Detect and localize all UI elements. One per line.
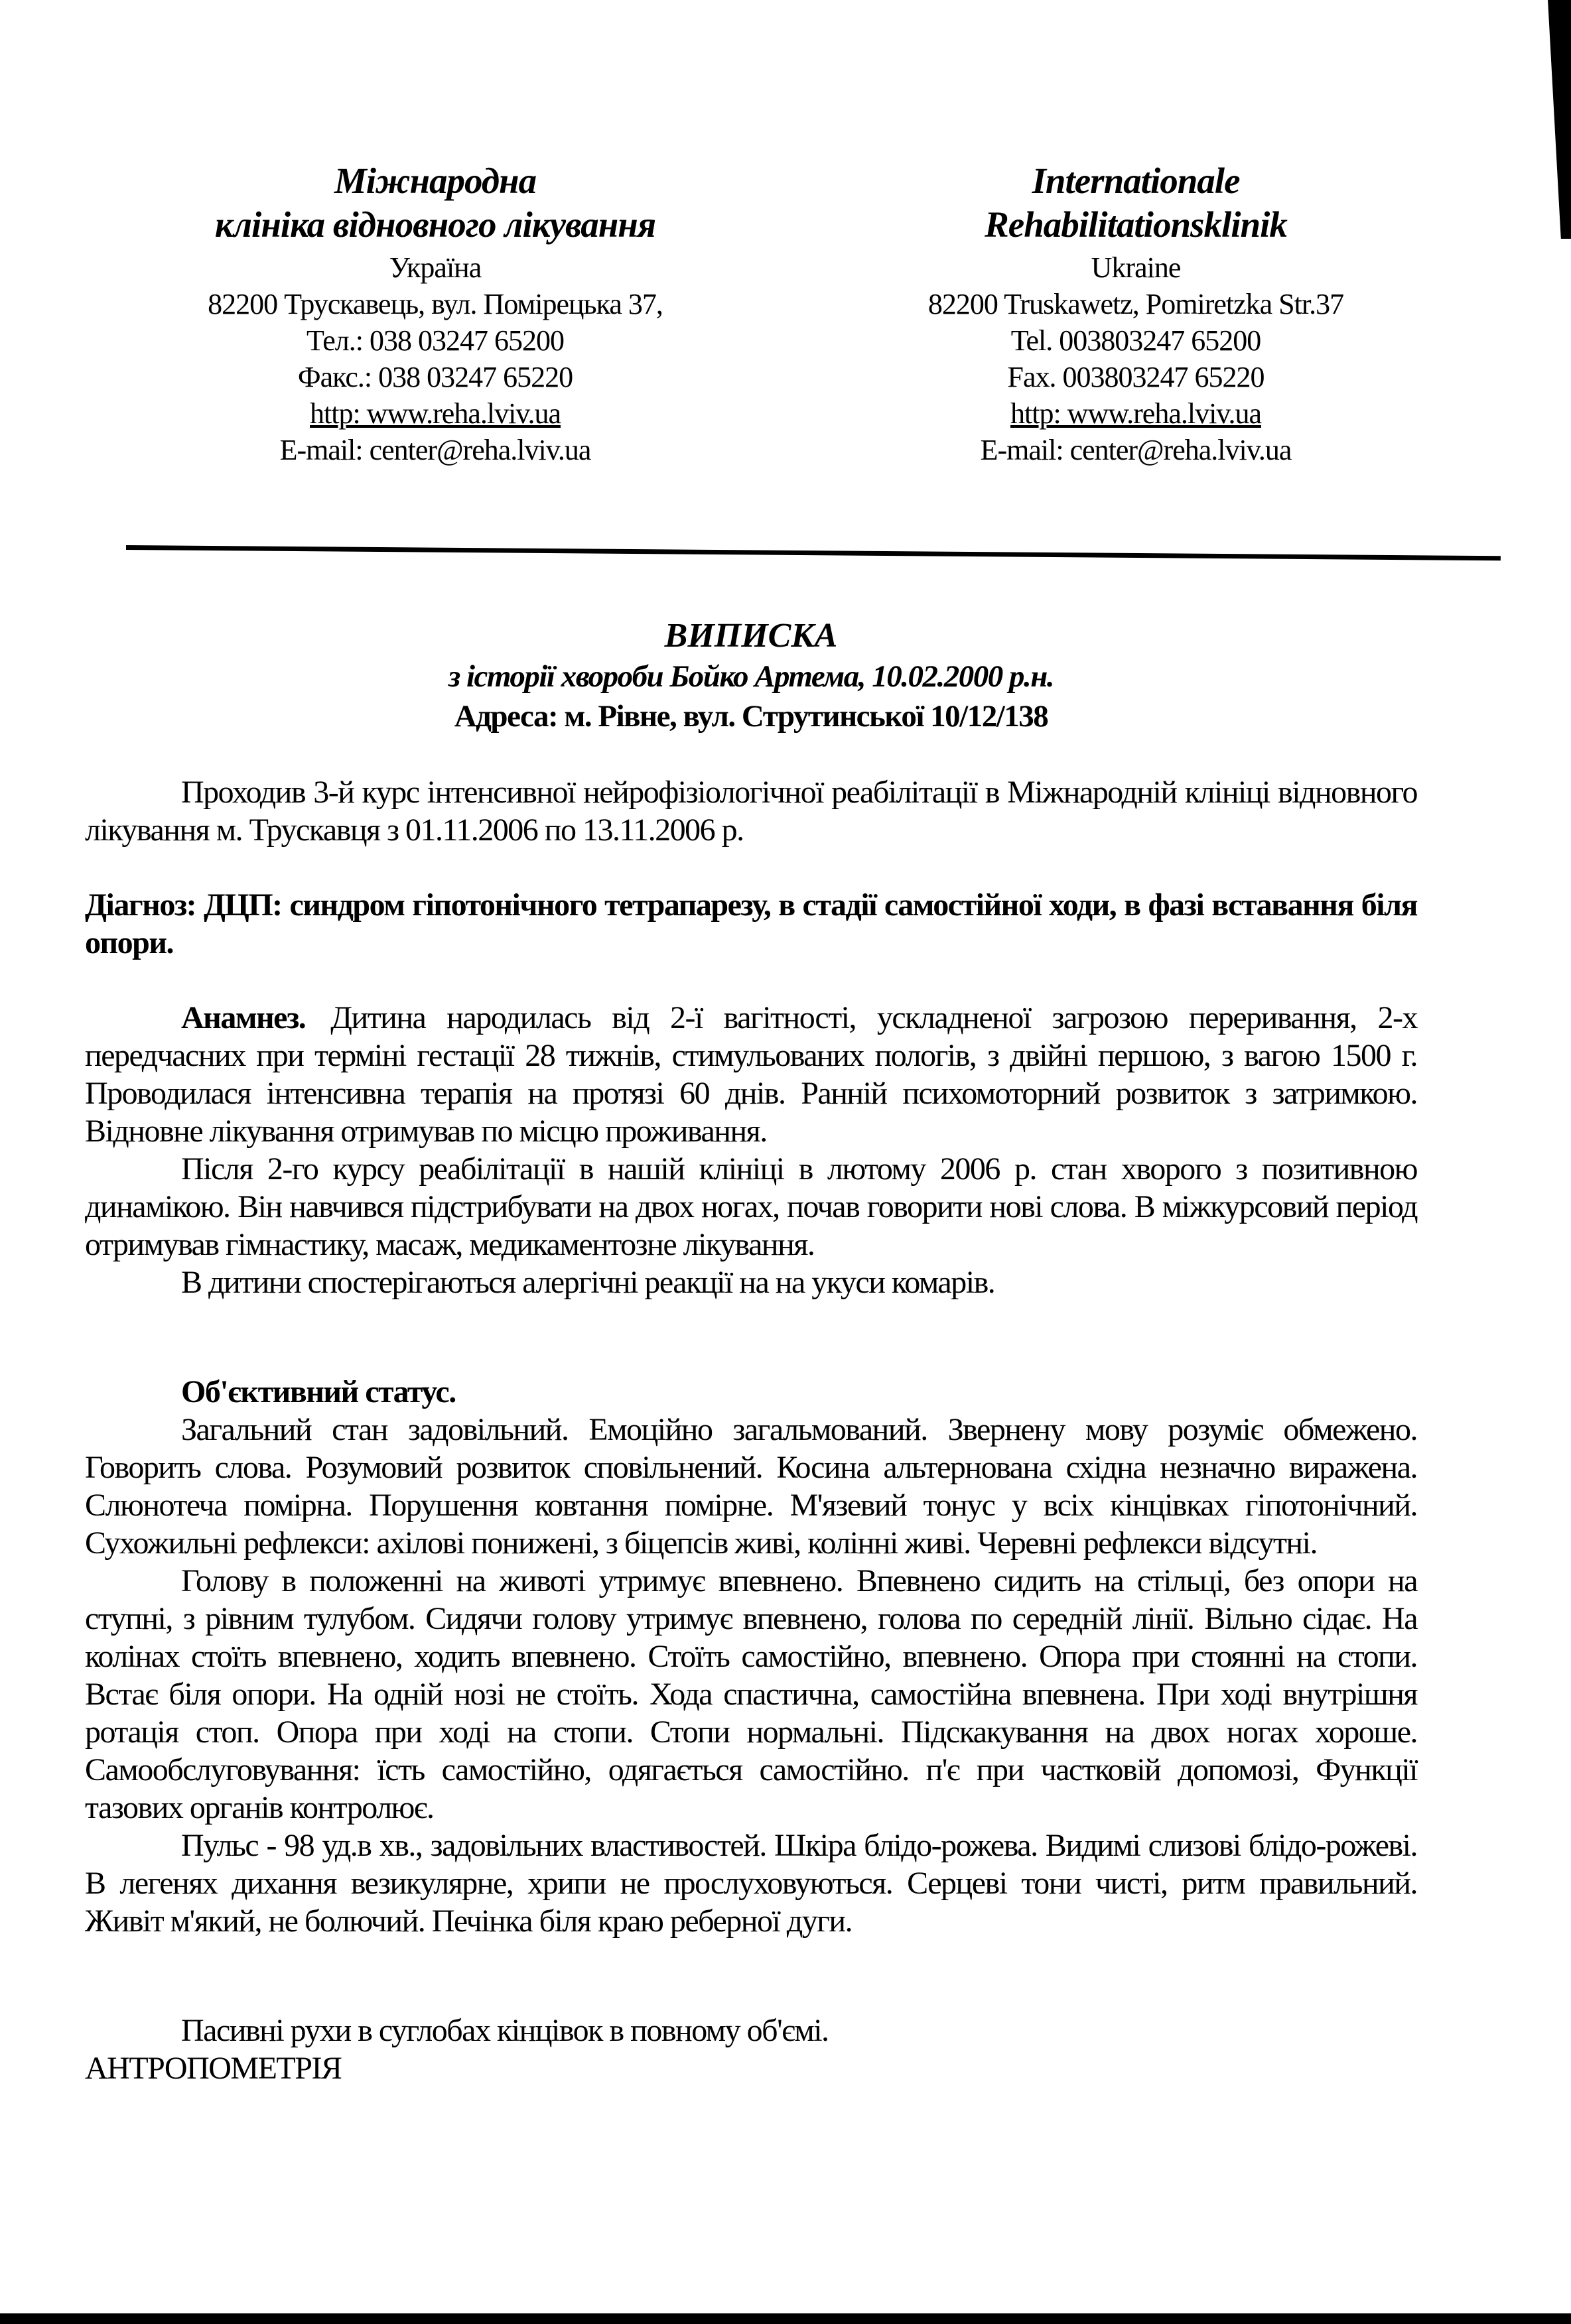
letterhead-german: Internationale Rehabilitationsklinik Ukr… (785, 159, 1486, 468)
document-subtitle: з історії хвороби Бойко Артема, 10.02.20… (85, 657, 1417, 696)
clinic-name-ua-line2: клініка відновного лікування (85, 203, 785, 247)
clinic-address-de: 82200 Truskawetz, Pomiretzka Str.37 (785, 286, 1486, 322)
scan-corner-artifact (1546, 0, 1571, 239)
clinic-name-ua-line1: Міжнародна (85, 159, 785, 203)
letterhead: Міжнародна клініка відновного лікування … (85, 159, 1486, 468)
paragraph-motor-status: Голову в положенні на животі утримує впе… (85, 1562, 1417, 1827)
clinic-name-de-line2: Rehabilitationsklinik (785, 203, 1486, 247)
clinic-website-ua: http: www.reha.lviv.ua (85, 395, 785, 432)
anamnesis-label: Анамнез. (181, 1000, 305, 1035)
clinic-fax-de: Fax. 003803247 65220 (785, 359, 1486, 395)
paragraph-pulse-somatic: Пульс - 98 уд.в хв., задовільних властив… (85, 1827, 1417, 1940)
clinic-name-de-line1: Internationale (785, 159, 1486, 203)
clinic-fax-ua: Факс.: 038 03247 65220 (85, 359, 785, 395)
clinic-address-ua: 82200 Трускавець, вул. Помірецька 37, (85, 286, 785, 322)
anthropometry-heading: АНТРОПОМЕТРІЯ (85, 2049, 1417, 2087)
patient-address-line: Адреса: м. Рівне, вул. Струтинської 10/1… (85, 696, 1417, 736)
clinic-tel-de: Tel. 003803247 65200 (785, 322, 1486, 359)
scanned-document-page: Міжнародна клініка відновного лікування … (0, 0, 1571, 2324)
scan-bottom-bar-artifact (0, 2313, 1571, 2324)
paragraph-passive-movements: Пасивні рухи в суглобах кінцівок в повно… (85, 2012, 1417, 2049)
paragraph-after-course: Після 2-го курсу реабілітації в нашій кл… (85, 1150, 1417, 1263)
clinic-country-ua: Україна (85, 249, 785, 286)
title-block: ВИПИСКА з історії хвороби Бойко Артема, … (85, 615, 1417, 736)
paragraph-diagnosis: Діагноз: ДЦП: синдром гіпотонічного тетр… (85, 886, 1417, 962)
clinic-website-de: http: www.reha.lviv.ua (785, 395, 1486, 432)
clinic-country-de: Ukraine (785, 249, 1486, 286)
paragraph-allergy: В дитини спостерігаються алергічні реакц… (85, 1263, 1417, 1301)
paragraph-anamnesis: Анамнез.Дитина народилась від 2-ї вагітн… (85, 999, 1417, 1150)
clinic-email-ua: E-mail: center@reha.lviv.ua (85, 432, 785, 468)
document-body: ВИПИСКА з історії хвороби Бойко Артема, … (85, 615, 1417, 2087)
clinic-tel-ua: Тел.: 038 03247 65200 (85, 322, 785, 359)
paragraph-course: Проходив 3-й курс інтенсивної нейрофізіо… (85, 773, 1417, 849)
letterhead-divider-rule (126, 545, 1501, 560)
clinic-email-de: E-mail: center@reha.lviv.ua (785, 432, 1486, 468)
letterhead-ukrainian: Міжнародна клініка відновного лікування … (85, 159, 785, 468)
objective-status-heading: Об'єктивний статус. (85, 1373, 1417, 1411)
document-title: ВИПИСКА (85, 615, 1417, 657)
paragraph-status-general: Загальний стан задовільний. Емоційно заг… (85, 1411, 1417, 1562)
